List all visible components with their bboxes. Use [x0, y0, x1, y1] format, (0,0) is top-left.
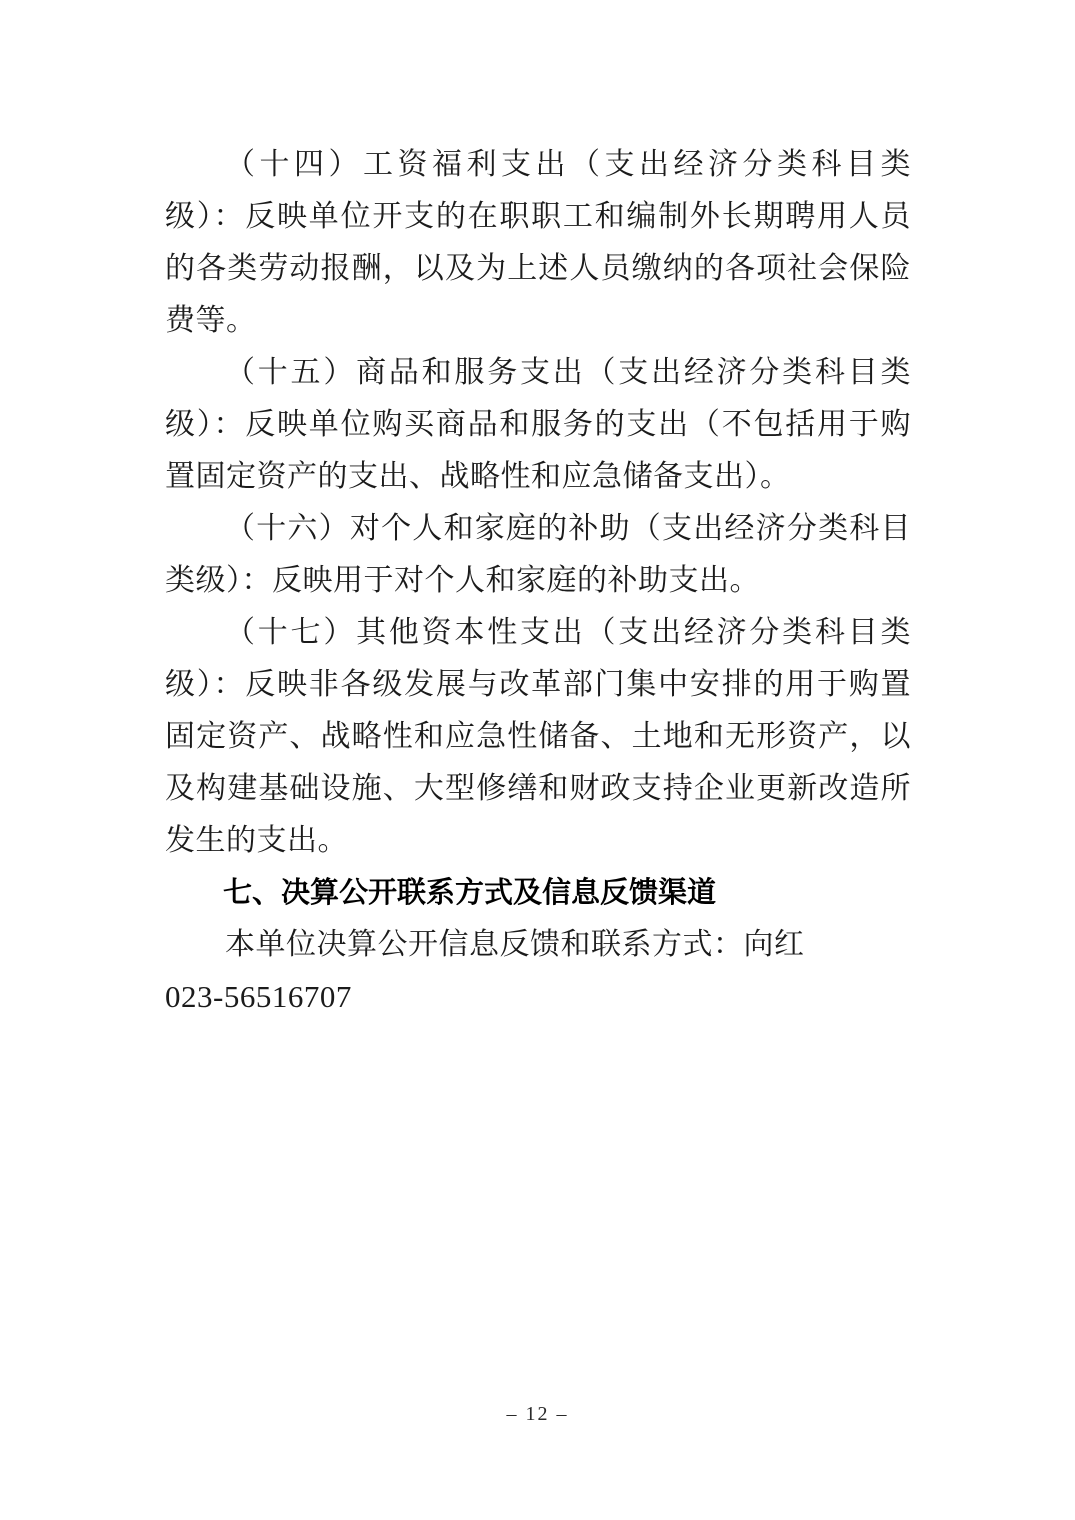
- paragraph-14-wage-benefit-expenditure: （十四）工资福利支出（支出经济分类科目类级）：反映单位开支的在职职工和编制外长期…: [165, 139, 911, 347]
- paragraph-15-goods-services-expenditure: （十五）商品和服务支出（支出经济分类科目类级）：反映单位购买商品和服务的支出（不…: [165, 347, 911, 503]
- paragraph-17-other-capital-expenditure: （十七）其他资本性支出（支出经济分类科目类级）：反映非各级发展与改革部门集中安排…: [165, 607, 911, 867]
- phone-number: 023-56516707: [165, 971, 911, 1023]
- page-number-footer: – 12 –: [0, 1400, 1075, 1428]
- document-page: （十四）工资福利支出（支出经济分类科目类级）：反映单位开支的在职职工和编制外长期…: [0, 0, 1075, 1520]
- paragraph-16-individual-family-subsidy: （十六）对个人和家庭的补助（支出经济分类科目类级）：反映用于对个人和家庭的补助支…: [165, 503, 911, 607]
- document-body: （十四）工资福利支出（支出经济分类科目类级）：反映单位开支的在职职工和编制外长期…: [165, 139, 911, 1023]
- section-7-heading: 七、决算公开联系方式及信息反馈渠道: [165, 867, 911, 919]
- contact-info-line: 本单位决算公开信息反馈和联系方式：向红: [165, 919, 911, 971]
